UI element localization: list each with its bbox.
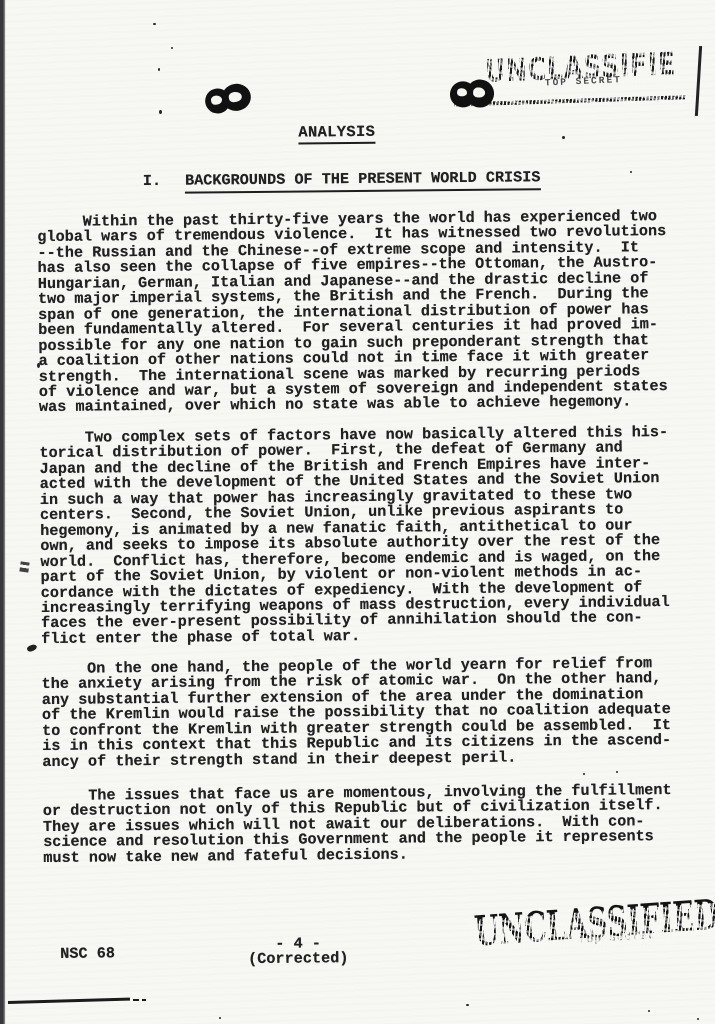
ink-speck	[648, 1010, 650, 1012]
footer-page-note: (Corrected)	[248, 950, 348, 969]
footer-page-block: - 4 -(Corrected)	[233, 936, 363, 968]
ink-speck	[37, 363, 40, 368]
footer-document-id: NSC 68	[60, 946, 115, 962]
ink-speck	[159, 110, 162, 114]
document-title: ANALYSIS	[298, 125, 375, 145]
ink-speck	[616, 771, 618, 773]
ink-speck	[219, 1017, 221, 1019]
ink-speck	[466, 1004, 469, 1006]
stamp-top-secret-overlay-top: TOP SECRET	[545, 75, 622, 88]
scan-edge-left	[0, 0, 6, 1024]
page-content: UNCLASSIFIE TOP SECRET ANALYSIS I.BACKGR…	[0, 0, 715, 1024]
scanned-document-page: UNCLASSIFIE TOP SECRET ANALYSIS I.BACKGR…	[0, 0, 715, 1024]
ink-speck	[583, 773, 585, 775]
ink-speck	[158, 68, 160, 71]
section-title: BACKGROUNDS OF THE PRESENT WORLD CRISIS	[185, 168, 541, 193]
margin-mark	[19, 561, 29, 572]
ink-speck	[171, 47, 173, 49]
section-numeral: I.	[143, 172, 161, 190]
paragraph-3: On the one hand, the people of the world…	[41, 656, 702, 771]
section-heading: I.BACKGROUNDS OF THE PRESENT WORLD CRISI…	[143, 170, 541, 189]
ink-speck	[562, 136, 565, 139]
ink-line-dash	[142, 999, 146, 1001]
paragraph-2: Two complex sets of factors have now bas…	[39, 425, 701, 648]
ink-speck	[153, 23, 156, 25]
stamp-unclassified-bottom-text: UNCLASSIFIED	[473, 895, 715, 954]
ink-blob-stamp	[449, 78, 495, 111]
ink-line-dash	[133, 999, 139, 1001]
paragraph-1: Within the past thirty-five years the wo…	[37, 209, 699, 416]
paragraph-4: The issues that face us are momentous, i…	[43, 783, 704, 867]
ink-speck	[630, 171, 632, 173]
stamp-unclassified-bottom: UNCLASSIFIED	[474, 905, 715, 953]
ink-speck	[697, 1018, 699, 1020]
